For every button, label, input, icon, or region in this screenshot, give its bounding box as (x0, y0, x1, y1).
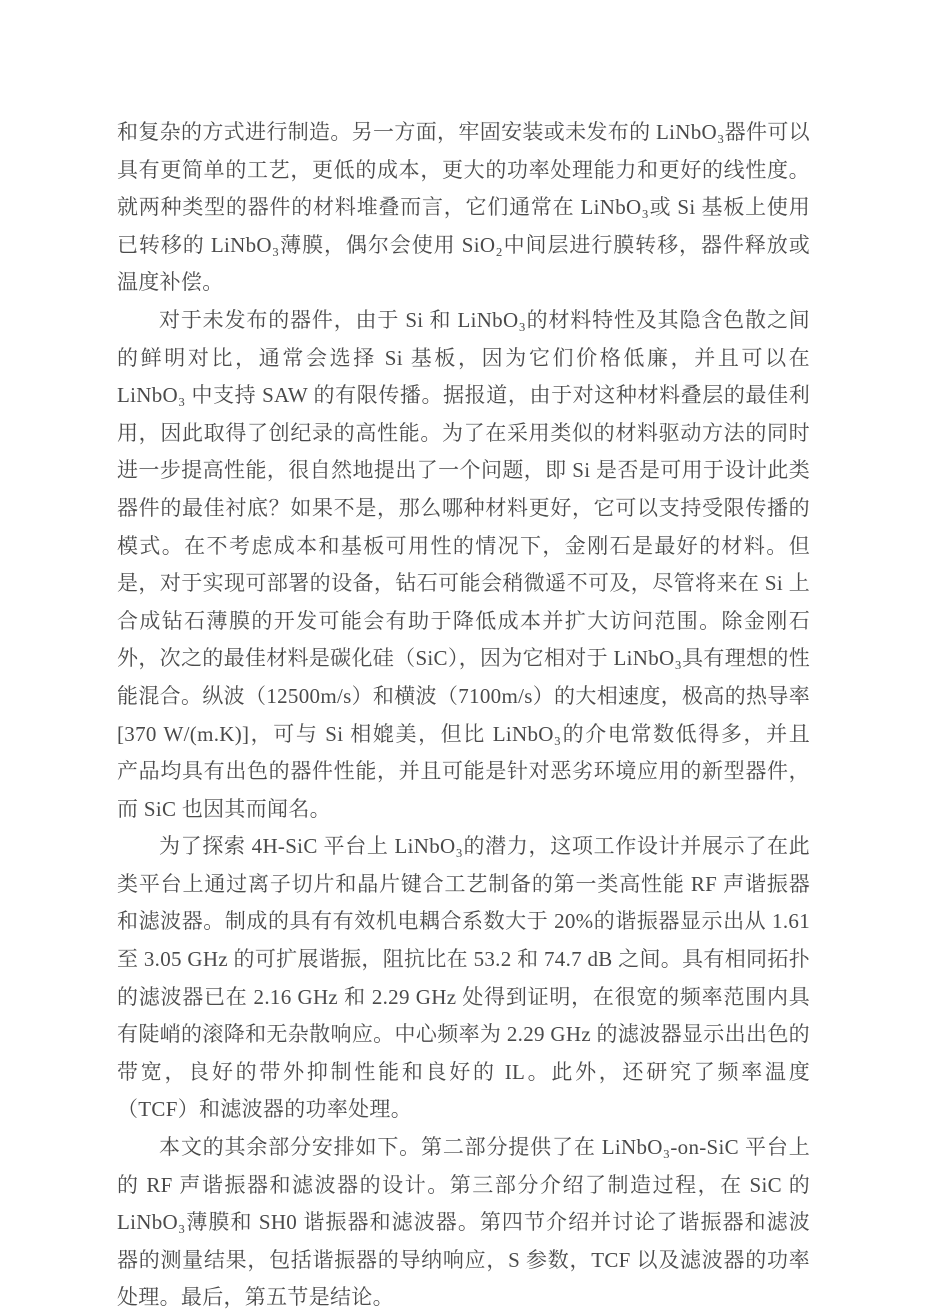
document-page: 和复杂的方式进行制造。另一方面，牢固安装或未发布的 LiNbO₃器件可以具有更简… (0, 0, 926, 1309)
paragraph-outline: 本文的其余部分安排如下。第二部分提供了在 LiNbO₃-on-SiC 平台上的 … (117, 1129, 810, 1309)
paragraph-this-work-results: 为了探索 4H-SiC 平台上 LiNbO₃的潜力，这项工作设计并展示了在此类平… (117, 828, 810, 1129)
paragraph-continuation: 和复杂的方式进行制造。另一方面，牢固安装或未发布的 LiNbO₃器件可以具有更简… (117, 114, 810, 302)
paragraph-unreleased-devices: 对于未发布的器件，由于 Si 和 LiNbO₃的材料特性及其隐含色散之间的鲜明对… (117, 302, 810, 828)
body-text-block: 和复杂的方式进行制造。另一方面，牢固安装或未发布的 LiNbO₃器件可以具有更简… (117, 114, 810, 1309)
